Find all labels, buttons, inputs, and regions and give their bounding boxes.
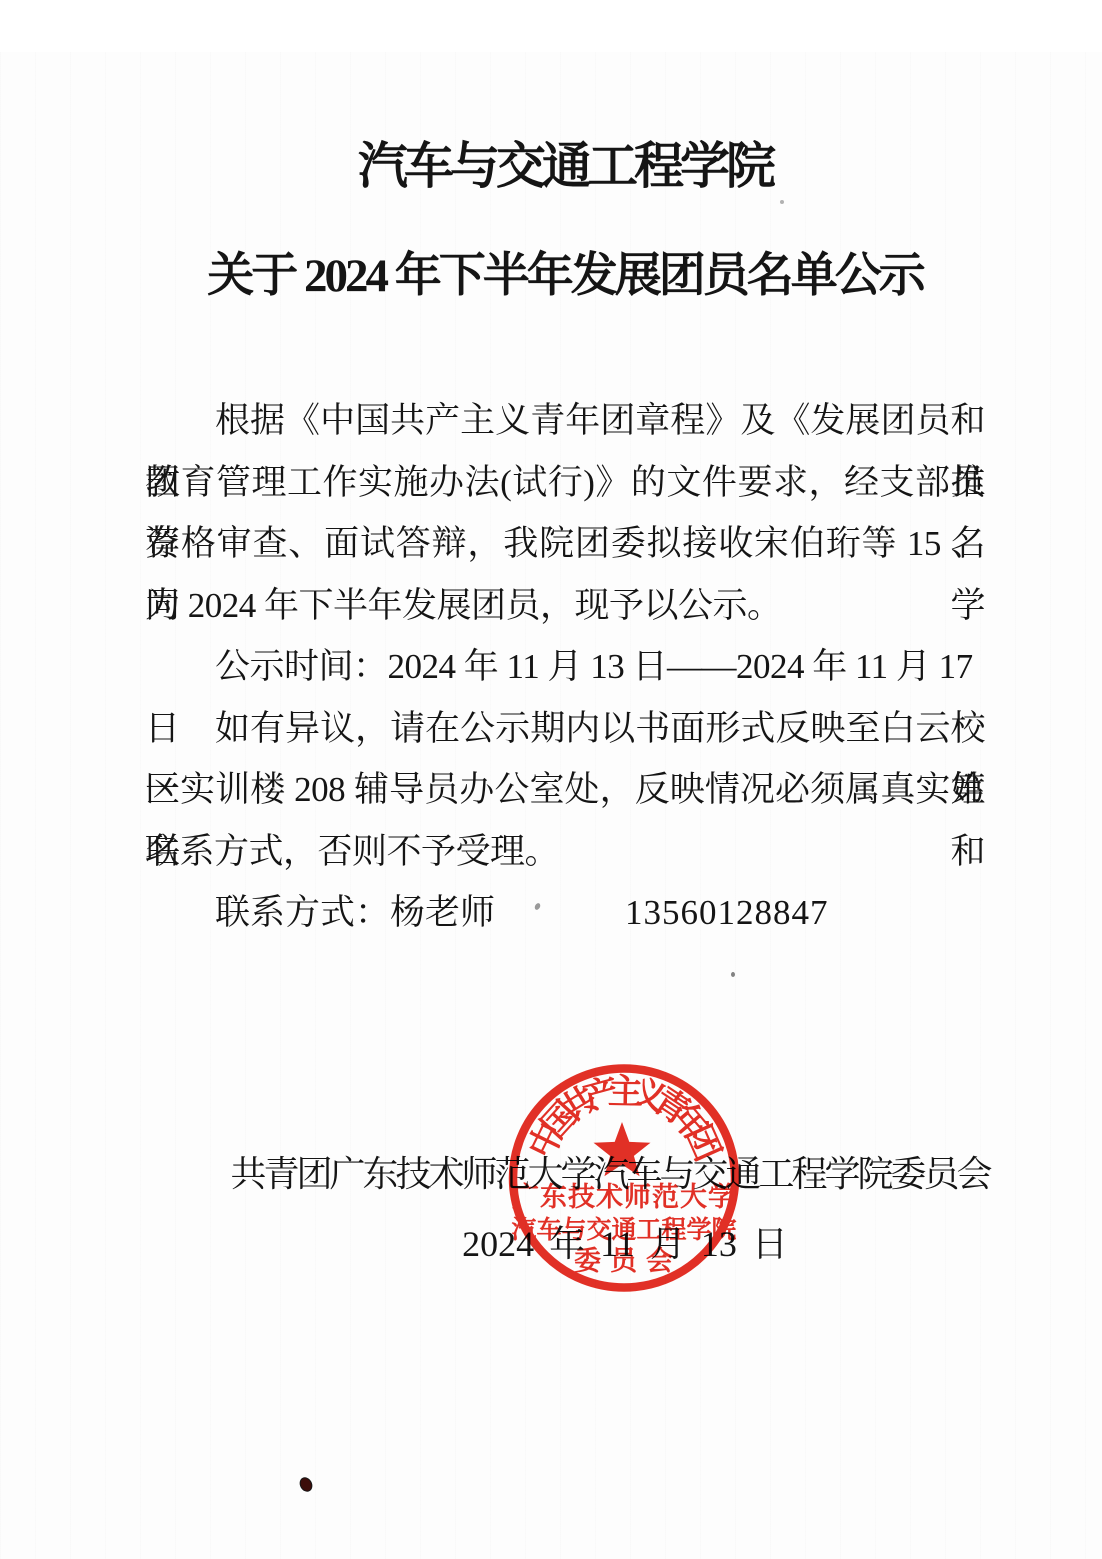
document-page: 汽车与交通工程学院 关于 2024 年下半年发展团员名单公示 根据《中国共产主义…	[0, 0, 1102, 1559]
body-line: 一实训楼 208 辅导员办公室处，反映情况必须属真实姓名和	[145, 759, 985, 821]
body-line: 教育管理工作实施办法(试行)》的文件要求，经支部推荐、	[145, 452, 985, 514]
ink-speck	[731, 972, 735, 977]
body-line: 如有异议，请在公示期内以书面形式反映至白云校区第	[145, 698, 985, 760]
body-line: 根据《中国共产主义青年团章程》及《发展团员和团员	[145, 390, 985, 452]
ink-speck	[780, 200, 784, 204]
seal-college-line: 汽车与交通工程学院	[511, 1215, 736, 1244]
red-star-icon	[594, 1122, 651, 1176]
body-line: 资格审查、面试答辩，我院团委拟接收宋伯珩等 15 名同学	[145, 513, 985, 575]
ink-speck	[297, 1475, 315, 1494]
contact-row: 联系方式：杨老师 13560128847	[145, 882, 985, 944]
body-line: 公示时间：2024 年 11 月 13 日——2024 年 11 月 17 日	[145, 636, 985, 698]
seal-committee-line: 委员会	[574, 1246, 682, 1276]
document-title-subject: 关于 2024 年下半年发展团员名单公示	[110, 238, 1020, 305]
contact-label: 联系方式：杨老师	[215, 893, 495, 932]
document-body: 根据《中国共产主义青年团章程》及《发展团员和团员教育管理工作实施办法(试行)》的…	[145, 390, 985, 882]
contact-phone-number: 13560128847	[625, 882, 829, 944]
document-title-org: 汽车与交通工程学院	[145, 126, 985, 198]
official-red-seal: 中国共产主义青年团 广东技术师范大学 汽车与交通工程学院 委员会	[495, 1048, 757, 1312]
seal-university-line: 广东技术师范大学	[512, 1182, 736, 1212]
